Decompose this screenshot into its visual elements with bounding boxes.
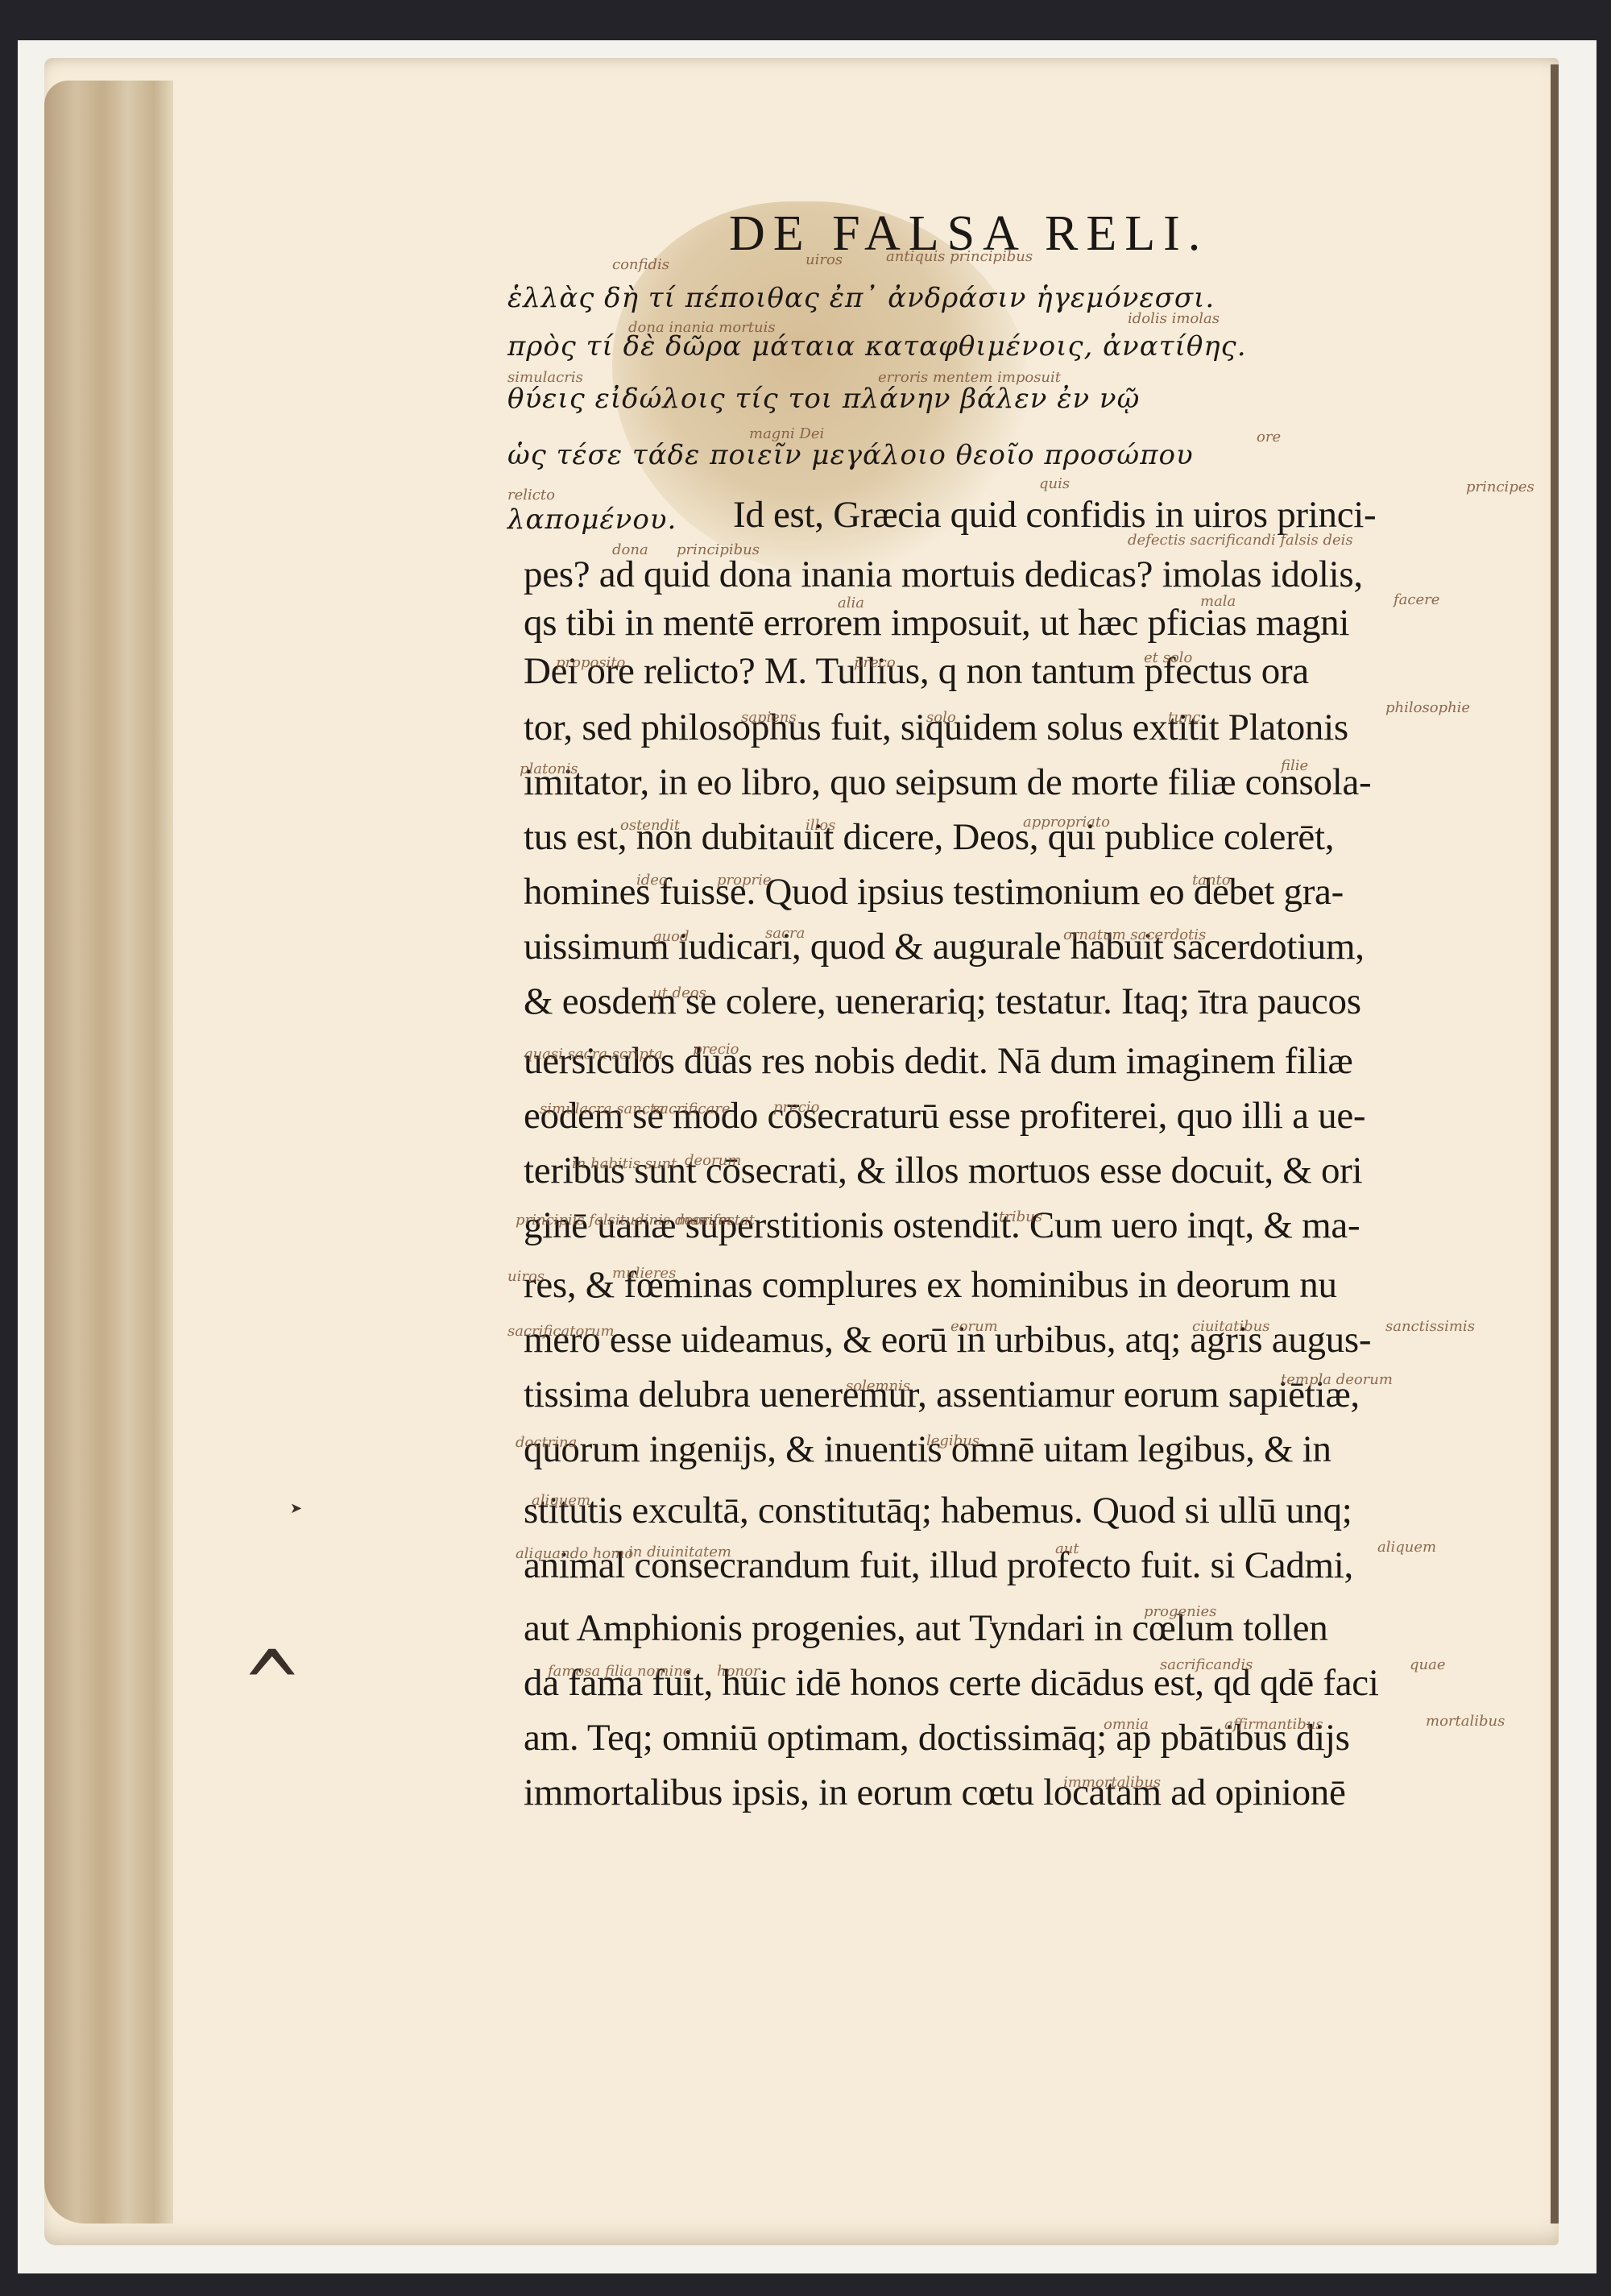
gloss: legibus xyxy=(926,1432,979,1449)
gloss: filie xyxy=(1281,757,1308,774)
gloss: deorum xyxy=(685,1152,741,1169)
gloss: sanctissimis xyxy=(1385,1318,1475,1335)
latin-line-17: tissima delubra ueneremur, assentiamur e… xyxy=(524,1373,1360,1416)
pointer-mark-icon: ➤ xyxy=(290,1500,302,1517)
gloss: preco xyxy=(854,654,896,671)
gloss: magni Dei xyxy=(749,425,824,442)
gloss: aut xyxy=(1055,1540,1079,1557)
gloss: aliquem xyxy=(532,1492,590,1509)
gloss: ideo xyxy=(636,872,668,889)
gloss: simulacris xyxy=(507,369,583,386)
greek-line-4: ὡς τέσε τάδε ποιεῖν μεγάλοιο θεοῖο προσώ… xyxy=(507,439,1194,471)
gloss: quae xyxy=(1410,1656,1446,1673)
gloss: alia xyxy=(838,595,864,611)
gloss: famosa filia nomine xyxy=(548,1663,691,1680)
latin-line-9: uissimum iudicari, quod & augurale habui… xyxy=(524,925,1365,968)
gloss: immortalibus xyxy=(1063,1774,1161,1791)
gloss: ciuitatibus xyxy=(1192,1318,1270,1335)
gloss: appropriato xyxy=(1023,814,1110,831)
page-gutter-shadow xyxy=(1551,64,1559,2223)
gloss: uiros xyxy=(805,251,843,268)
gloss: tunc xyxy=(1168,709,1201,726)
gloss: defectis sacrificandi falsis deis xyxy=(1128,532,1353,549)
gloss: simulacra sancta xyxy=(540,1100,665,1117)
gloss: quod xyxy=(652,928,689,945)
gloss: sacrificandis xyxy=(1160,1656,1253,1673)
gloss: solemnis xyxy=(846,1378,910,1395)
gloss: aliquem xyxy=(1377,1539,1436,1556)
latin-line-1: Id est, Græcia quid confidis in uiros pr… xyxy=(733,493,1376,537)
gloss: solo xyxy=(926,709,956,726)
gloss: tribus xyxy=(999,1208,1042,1225)
gloss: et solo xyxy=(1144,649,1192,666)
caret-mark-icon: ^ xyxy=(242,1631,302,1741)
gloss: eorum xyxy=(950,1318,998,1335)
gloss: ut deos xyxy=(652,984,706,1001)
gloss: platonis xyxy=(520,760,578,777)
gloss: in habitis sunt xyxy=(572,1155,677,1172)
gloss: principes xyxy=(1466,479,1534,495)
gloss: sacrificare xyxy=(652,1100,731,1117)
gloss: mala xyxy=(1200,593,1236,610)
gloss: doctrina xyxy=(516,1434,577,1451)
gloss: facere xyxy=(1394,591,1439,608)
latin-line-10: & eosdem se colere, uenerariq; testatur.… xyxy=(524,980,1361,1023)
gloss: tanto xyxy=(1192,872,1231,889)
gloss: ornatum sacerdotis xyxy=(1063,926,1206,943)
gloss: philosophie xyxy=(1385,699,1470,716)
gloss: progenies xyxy=(1144,1603,1216,1620)
gloss: erroris mentem imposuit xyxy=(878,369,1061,386)
gloss: dona inania mortuis xyxy=(628,319,776,336)
gloss: ostendit xyxy=(620,817,680,834)
gloss: sacrificatorum xyxy=(507,1323,615,1340)
gloss: sapiens xyxy=(741,709,797,726)
latin-line-2: pes? ad quid dona inania mortuis dedicas… xyxy=(524,553,1363,596)
gloss: quis xyxy=(1039,475,1070,492)
gloss: relicto xyxy=(507,487,555,504)
gloss: mortalibus xyxy=(1426,1713,1505,1730)
gloss: dona xyxy=(612,541,648,558)
latin-line-19: stitutis excultā, constitutāq; habemus. … xyxy=(524,1489,1352,1532)
gloss: illos xyxy=(805,817,835,834)
greek-line-1: ἑλλὰς δὴ τί πέποιθας ἐπ᾽ ἀνδράσιν ἡγεμόν… xyxy=(507,282,1215,314)
latin-line-24: immortalibus ipsis, in eorum cœtu locata… xyxy=(524,1771,1346,1814)
gloss: manifestat xyxy=(677,1212,755,1229)
greek-line-5: λαπομένου. xyxy=(507,504,677,536)
gloss: templa deorum xyxy=(1281,1371,1393,1388)
gloss: precio xyxy=(773,1099,819,1116)
gloss: mulieres xyxy=(612,1265,676,1282)
gloss: ore xyxy=(1257,429,1281,446)
gloss: sacra xyxy=(765,925,805,942)
gloss: quasi sacra scripta xyxy=(524,1046,663,1063)
gloss: antiquis principibus xyxy=(886,248,1033,265)
gloss: affirmantibus xyxy=(1224,1716,1323,1733)
gloss: precio xyxy=(693,1041,739,1058)
gloss: honor xyxy=(717,1663,760,1680)
gloss: idolis imolas xyxy=(1128,310,1220,327)
gloss: aliquando homo xyxy=(516,1545,633,1562)
gloss: proposito xyxy=(556,654,625,671)
greek-line-3: θύεις εἰδώλοις τίς τοι πλάνην βάλεν ἐν ν… xyxy=(507,383,1140,415)
gloss: confidis xyxy=(612,256,669,273)
greek-line-2: πρὸς τί δὲ δῶρα μάταια καταφθιμένοις, ἀν… xyxy=(507,330,1247,363)
deckled-page-edges xyxy=(44,81,173,2223)
gloss: omnia xyxy=(1104,1716,1149,1733)
gloss: principibus xyxy=(677,541,760,558)
gloss: in diuinitatem xyxy=(628,1544,731,1560)
gloss: proprie xyxy=(717,872,772,889)
gloss: uiros xyxy=(507,1268,545,1285)
latin-line-6: imitator, in eo libro, quo seipsum de mo… xyxy=(524,760,1371,804)
